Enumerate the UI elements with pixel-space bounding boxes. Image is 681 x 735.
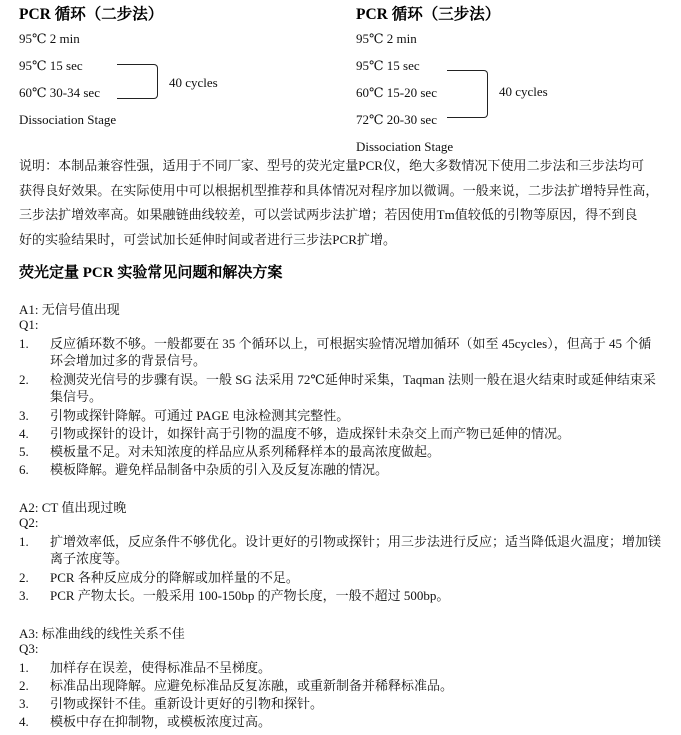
list-item: 2. 检测荧光信号的步骤有误。一般 SG 法采用 72℃延伸时采集，Taqman…	[19, 371, 664, 405]
item-text: 模板量不足。对未知浓度的样品应从系列稀释样本的最高浓度做起。	[50, 443, 664, 460]
solutions-label: Q1:	[19, 317, 39, 333]
item-text: 引物或探针不佳。重新设计更好的引物和探针。	[50, 695, 664, 712]
item-number: 3.	[19, 587, 29, 604]
item-number: 2.	[19, 677, 29, 694]
item-number: 2.	[19, 371, 29, 388]
step-extend: 72℃ 20-30 sec	[356, 112, 437, 128]
item-number: 3.	[19, 695, 29, 712]
item-number: 4.	[19, 425, 29, 442]
list-item: 2. PCR 各种反应成分的降解或加样量的不足。	[19, 569, 664, 586]
problem-label: A3: 标准曲线的线性关系不佳	[19, 623, 185, 642]
cycle-bracket	[117, 64, 158, 99]
note-line: 说明：本制品兼容性强，适用于不同厂家、型号的荧光定量PCR仪，绝大多数情况下使用…	[19, 154, 664, 179]
item-text: 模板中存在抑制物，或模板浓度过高。	[50, 713, 664, 730]
item-number: 1.	[19, 335, 29, 352]
list-item: 5. 模板量不足。对未知浓度的样品应从系列稀释样本的最高浓度做起。	[19, 443, 664, 460]
item-text: 引物或探针的设计，如探针高于引物的温度不够，造成探针未杂交上而产物已延伸的情况。	[50, 425, 664, 442]
cycle-bracket	[447, 70, 488, 118]
step-initial-denature: 95℃ 2 min	[19, 31, 80, 47]
note-line: 三步法扩增效率高。如果融链曲线较差，可以尝试两步法扩增；若因使用Tm值较低的引物…	[19, 203, 664, 228]
item-text: PCR 产物太长。一般采用 100-150bp 的产物长度，一般不超过 500b…	[50, 587, 664, 604]
list-item: 2. 标准品出现降解。应避免标准品反复冻融，或重新制备并稀释标准品。	[19, 677, 664, 694]
item-text: 模板降解。避免样品制备中杂质的引入及反复冻融的情况。	[50, 461, 664, 478]
faq-title: 荧光定量 PCR 实验常见问题和解决方案	[19, 261, 282, 282]
item-number: 6.	[19, 461, 29, 478]
step-anneal-extend: 60℃ 30-34 sec	[19, 85, 100, 101]
three-step-title: PCR 循环（三步法）	[356, 2, 500, 24]
item-text: PCR 各种反应成分的降解或加样量的不足。	[50, 569, 664, 586]
list-item: 4. 模板中存在抑制物，或模板浓度过高。	[19, 713, 664, 730]
step-anneal: 60℃ 15-20 sec	[356, 85, 437, 101]
item-number: 1.	[19, 659, 29, 676]
list-item: 3. PCR 产物太长。一般采用 100-150bp 的产物长度，一般不超过 5…	[19, 587, 664, 604]
item-text: 标准品出现降解。应避免标准品反复冻融，或重新制备并稀释标准品。	[50, 677, 664, 694]
item-number: 2.	[19, 569, 29, 586]
list-item: 3. 引物或探针不佳。重新设计更好的引物和探针。	[19, 695, 664, 712]
step-dissociation: Dissociation Stage	[19, 112, 116, 128]
item-text: 引物或探针降解。可通过 PAGE 电泳检测其完整性。	[50, 407, 664, 424]
list-item: 3. 引物或探针降解。可通过 PAGE 电泳检测其完整性。	[19, 407, 664, 424]
solutions-label: Q2:	[19, 515, 39, 531]
item-text: 反应循环数不够。一般都要在 35 个循环以上，可根据实验情况增加循环（如至 45…	[50, 335, 664, 369]
step-initial-denature: 95℃ 2 min	[356, 31, 417, 47]
step-dissociation: Dissociation Stage	[356, 139, 453, 155]
cycles-label: 40 cycles	[499, 84, 548, 100]
item-text: 扩增效率低，反应条件不够优化。设计更好的引物或探针；用三步法进行反应；适当降低退…	[50, 533, 664, 567]
item-number: 3.	[19, 407, 29, 424]
two-step-title: PCR 循环（二步法）	[19, 2, 163, 24]
list-item: 1. 加样存在误差，使得标准品不呈梯度。	[19, 659, 664, 676]
item-number: 5.	[19, 443, 29, 460]
note-line: 获得良好效果。在实际使用中可以根据机型推荐和具体情况对程序加以微调。一般来说，二…	[19, 179, 664, 204]
list-item: 6. 模板降解。避免样品制备中杂质的引入及反复冻融的情况。	[19, 461, 664, 478]
item-text: 加样存在误差，使得标准品不呈梯度。	[50, 659, 664, 676]
item-number: 4.	[19, 713, 29, 730]
solutions-label: Q3:	[19, 641, 39, 657]
note-paragraph: 说明：本制品兼容性强，适用于不同厂家、型号的荧光定量PCR仪，绝大多数情况下使用…	[19, 154, 664, 252]
step-denature: 95℃ 15 sec	[19, 58, 83, 74]
list-item: 1. 反应循环数不够。一般都要在 35 个循环以上，可根据实验情况增加循环（如至…	[19, 335, 664, 369]
list-item: 1. 扩增效率低，反应条件不够优化。设计更好的引物或探针；用三步法进行反应；适当…	[19, 533, 664, 567]
note-line: 好的实验结果时，可尝试加长延伸时间或者进行三步法PCR扩增。	[19, 228, 664, 253]
problem-label: A1: 无信号值出现	[19, 299, 120, 318]
item-number: 1.	[19, 533, 29, 550]
problem-label: A2: CT 值出现过晚	[19, 497, 126, 516]
item-text: 检测荧光信号的步骤有误。一般 SG 法采用 72℃延伸时采集，Taqman 法则…	[50, 371, 664, 405]
list-item: 4. 引物或探针的设计，如探针高于引物的温度不够，造成探针未杂交上而产物已延伸的…	[19, 425, 664, 442]
step-denature: 95℃ 15 sec	[356, 58, 420, 74]
cycles-label: 40 cycles	[169, 75, 218, 91]
